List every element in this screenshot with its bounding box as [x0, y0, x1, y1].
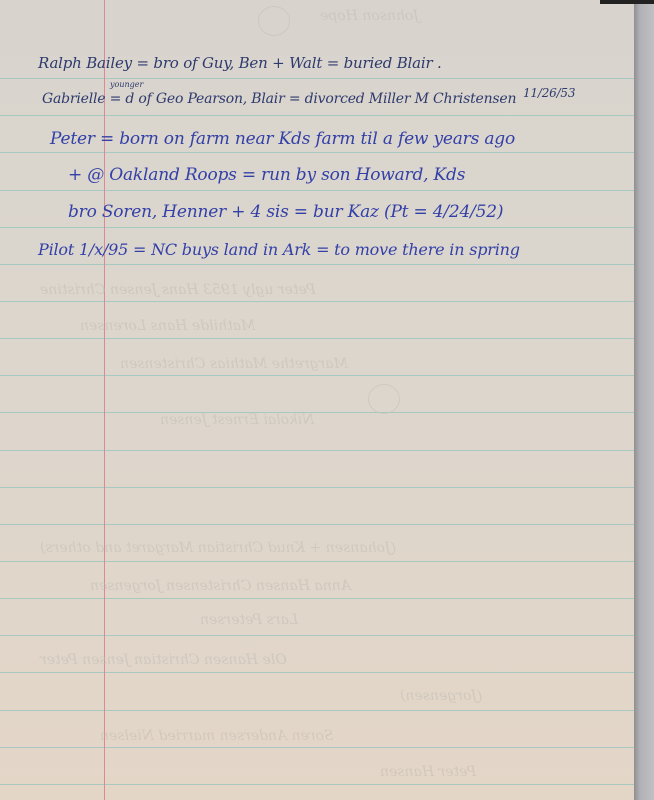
- ruled-line: [0, 784, 634, 785]
- bleed-through-text: Nikolai Ernest Jensen: [160, 412, 314, 428]
- notebook-page: Johnson Hope Peter ugly 1953 Hans Jensen…: [0, 0, 634, 800]
- page-edge: [634, 0, 654, 800]
- ruled-line: [0, 264, 634, 265]
- note-line-5: bro Soren, Henner + 4 sis = bur Kaz (Pt …: [68, 202, 503, 222]
- ruled-line: [0, 747, 634, 748]
- ruled-line: [0, 78, 634, 79]
- note-line-2: Gabrielle = d of Geo Pearson, Blair = di…: [42, 91, 516, 107]
- note-line-2-text: Gabrielle = d of Geo Pearson, Blair = di…: [42, 91, 516, 107]
- bleed-through-text: Johnson Hope: [320, 8, 419, 24]
- ruled-line: [0, 338, 634, 339]
- note-line-1: Ralph Bailey = bro of Guy, Ben + Walt = …: [38, 54, 442, 72]
- note-line-2-date: 11/26/53: [523, 86, 575, 100]
- bleed-through-text: Margrethe Mathias Christensen: [120, 356, 348, 372]
- ruled-line: [0, 487, 634, 488]
- ruled-line: [0, 524, 634, 525]
- ruled-line: [0, 115, 634, 116]
- margin-line: [104, 0, 105, 800]
- bleed-through-text: Mathilde Hans Lorensen: [80, 318, 255, 334]
- bleed-through-circle: [368, 384, 400, 414]
- bleed-through-text: (Johansen + Knud Christian Margaret and …: [40, 540, 396, 556]
- ruled-line: [0, 635, 634, 636]
- bleed-through-text: Soren Andersen married Nielsen: [100, 728, 334, 744]
- ruled-line: [0, 190, 634, 191]
- ruled-line: [0, 672, 634, 673]
- ruled-line: [0, 227, 634, 228]
- note-line-3: Peter = born on farm near Kds farm til a…: [50, 129, 515, 149]
- ruled-line: [0, 598, 634, 599]
- bleed-through-circle: [258, 6, 290, 36]
- note-line-2-superscript: younger: [110, 80, 143, 89]
- note-line-6: Pilot 1/x/95 = NC buys land in Ark = to …: [38, 240, 520, 259]
- bleed-through-text: Anna Hansen Christensen Jorgensen: [90, 578, 351, 594]
- ruled-line: [0, 450, 634, 451]
- bleed-through-text: Peter ugly 1953 Hans Jensen Christine: [40, 282, 316, 298]
- note-line-4: + @ Oakland Roops = run by son Howard, K…: [68, 165, 465, 185]
- bleed-through-text: Lars Petersen: [200, 612, 298, 628]
- bleed-through-text: Ole Hansen Christian Jensen Peter: [40, 652, 287, 668]
- bleed-through-text: Peter Hansen: [380, 764, 476, 780]
- ruled-line: [0, 710, 634, 711]
- ruled-line: [0, 412, 634, 413]
- scan-shadow: [600, 0, 654, 4]
- ruled-line: [0, 561, 634, 562]
- ruled-line: [0, 152, 634, 153]
- ruled-line: [0, 375, 634, 376]
- ruled-line: [0, 301, 634, 302]
- bleed-through-text: (Jorgensen): [400, 688, 482, 704]
